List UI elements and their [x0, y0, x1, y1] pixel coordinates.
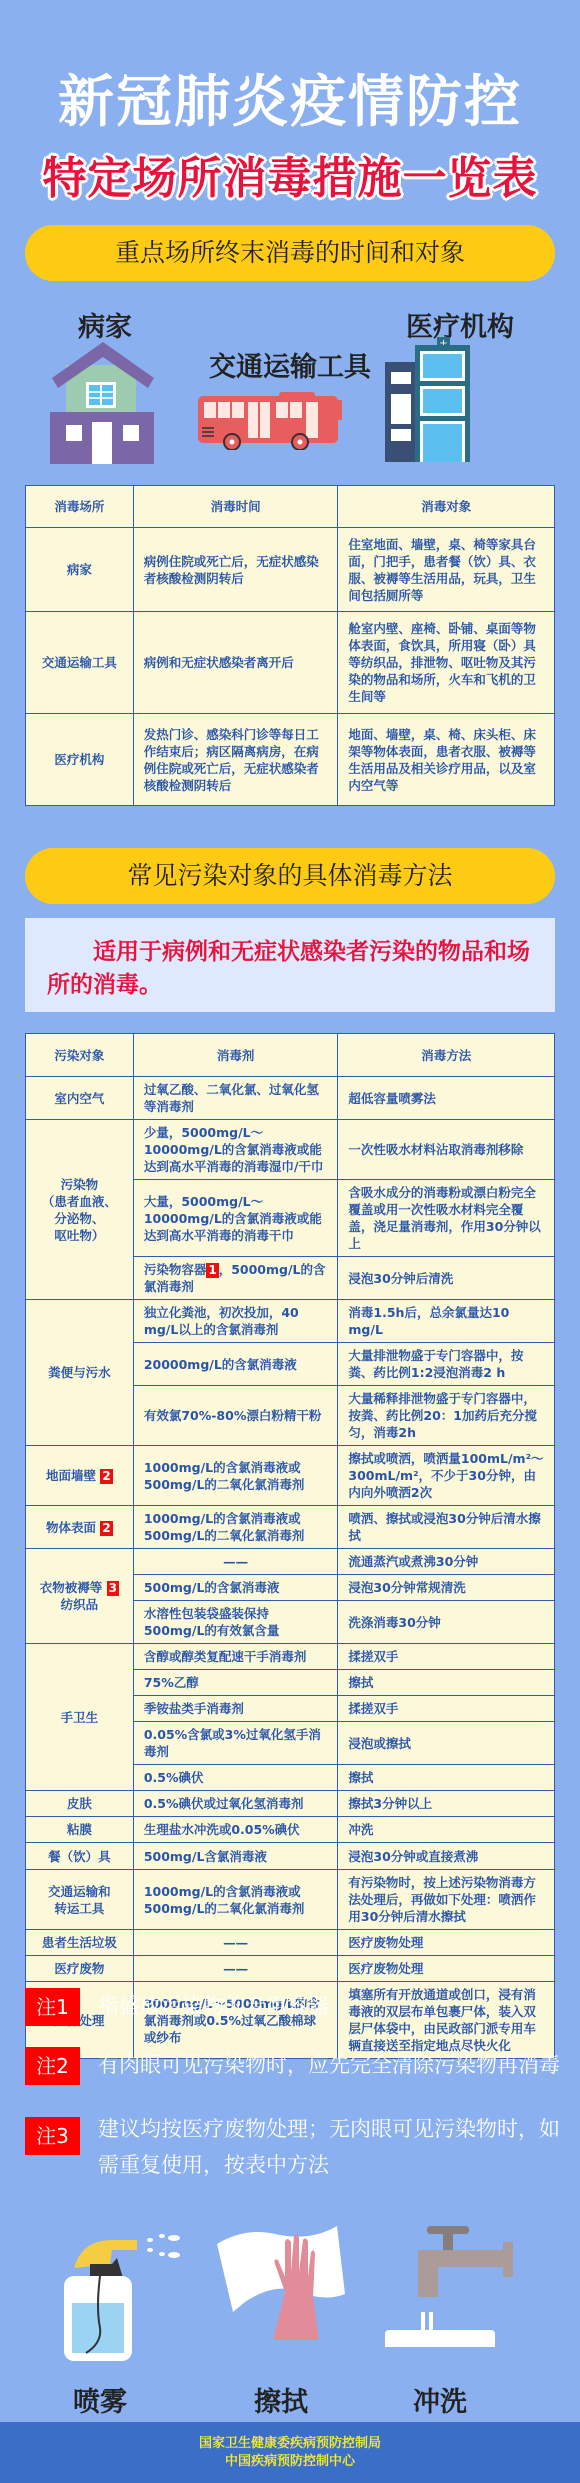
- note-marker-2: 2: [100, 1521, 112, 1536]
- note-tag: 注3: [25, 2117, 80, 2155]
- cell-agent: 75%乙醇: [133, 1670, 338, 1696]
- cell-agent: 少量，5000mg/L～10000mg/L的含氯消毒液或能达到高水平消毒的消毒湿…: [133, 1120, 338, 1180]
- object-text: 地面墙壁: [46, 1468, 96, 1483]
- note-text: 有肉眼可见污染物时，应先完全清除污染物再消毒: [98, 2047, 568, 2083]
- cell-method: 消毒1.5h后，总余氯量达10 mg/L: [338, 1300, 555, 1343]
- cell-agent: 生理盐水冲洗或0.05%碘伏: [133, 1817, 338, 1843]
- cell-method: 擦拭3分钟以上: [338, 1791, 555, 1817]
- table-header-row: 污染对象 消毒剂 消毒方法: [26, 1034, 555, 1077]
- method-label-spray: 喷雾: [55, 2380, 145, 2419]
- cell-object: 医疗废物: [26, 1956, 134, 1982]
- icon-label-transport: 交通运输工具: [195, 345, 385, 384]
- note-marker-2: 2: [100, 1469, 112, 1484]
- faucet-icon: [383, 2222, 513, 2347]
- table-row: 粘膜 生理盐水冲洗或0.05%碘伏 冲洗: [26, 1817, 555, 1843]
- cell-object: 餐（饮）具: [26, 1843, 134, 1870]
- cell-method: 超低容量喷雾法: [338, 1077, 555, 1120]
- table-row: 病家 病例住院或死亡后，无症状感染者核酸检测阴转后 住室地面、墙壁，桌、椅等家具…: [26, 528, 555, 612]
- cell-agent: 1000mg/L的含氯消毒液或500mg/L的二氧化氯消毒剂: [133, 1870, 338, 1930]
- cell-method: 揉搓双手: [338, 1696, 555, 1722]
- cell-method: 浸泡30分钟或直接煮沸: [338, 1843, 555, 1870]
- method-label-wipe: 擦拭: [236, 2380, 326, 2419]
- note-tag: 注1: [25, 1988, 80, 2026]
- table-row: 物体表面 2 1000mg/L的含氯消毒液或500mg/L的二氧化氯消毒剂 喷洒…: [26, 1506, 555, 1549]
- cell-objects: 舱室内壁、座椅、卧铺、桌面等物体表面，食饮具，所用寝（卧）具等纺织品，排泄物、呕…: [338, 612, 555, 714]
- method-label-rinse: 冲洗: [395, 2380, 485, 2419]
- cell-object: 地面墙壁 2: [26, 1446, 134, 1506]
- cell-method: 医疗废物处理: [338, 1930, 555, 1956]
- cell-time: 病例住院或死亡后，无症状感染者核酸检测阴转后: [133, 528, 338, 612]
- cell-object: 室内空气: [26, 1077, 134, 1120]
- object-text: 物体表面: [46, 1520, 96, 1535]
- spray-bottle-icon: [62, 2228, 192, 2363]
- cell-agent: 0.05%含氯或3%过氧化氢手消毒剂: [133, 1722, 338, 1765]
- table-row: 医疗机构 发热门诊、感染科门诊等每日工作结束后；病区隔离病房，在病例住院或死亡后…: [26, 714, 555, 806]
- table-row: 皮肤 0.5%碘伏或过氧化氢消毒剂 擦拭3分钟以上: [26, 1791, 555, 1817]
- infographic-page: 新冠肺炎疫情防控 特定场所消毒措施一览表 重点场所终末消毒的时间和对象 病家 交…: [0, 0, 580, 2483]
- cell-object: 皮肤: [26, 1791, 134, 1817]
- cell-method: 喷洒、擦拭或浸泡30分钟后清水擦拭: [338, 1506, 555, 1549]
- table-row: 地面墙壁 2 1000mg/L的含氯消毒液或500mg/L的二氧化氯消毒剂 擦拭…: [26, 1446, 555, 1506]
- cell-method: 擦拭: [338, 1765, 555, 1791]
- object-text: 纺织品: [61, 1597, 99, 1612]
- cell-time: 发热门诊、感染科门诊等每日工作结束后；病区隔离病房，在病例住院或死亡后，无症状感…: [133, 714, 338, 806]
- table-row: 污染物 （患者血液、 分泌物、 呕吐物） 少量，5000mg/L～10000mg…: [26, 1120, 555, 1180]
- table-header-row: 消毒场所 消毒时间 消毒对象: [26, 486, 555, 528]
- cell-object: 患者生活垃圾: [26, 1930, 134, 1956]
- note-text: 建议均按医疗废物处理；无肉眼可见污染物时，如需重复使用，按表中方法: [98, 2111, 568, 2183]
- header-object: 污染对象: [26, 1034, 134, 1077]
- cell-time: 病例和无症状感染者离开后: [133, 612, 338, 714]
- object-text: 衣物被褥等: [40, 1580, 103, 1595]
- scope-note: 适用于病例和无症状感染者污染的物品和场所的消毒。: [25, 918, 555, 1012]
- cell-method: 洗涤消毒30分钟: [338, 1601, 555, 1644]
- table-row: 医疗废物 —— 医疗废物处理: [26, 1956, 555, 1982]
- header-objects: 消毒对象: [338, 486, 555, 528]
- header-place: 消毒场所: [26, 486, 134, 528]
- agent-text: 污染物容器: [144, 1262, 207, 1277]
- main-title: 新冠肺炎疫情防控: [0, 58, 580, 138]
- cell-agent: 含醇或醇类复配速干手消毒剂: [133, 1644, 338, 1670]
- cell-agent: ——: [133, 1930, 338, 1956]
- cell-agent: 500mg/L含氯消毒液: [133, 1843, 338, 1870]
- cell-method: 浸泡30分钟后清洗: [338, 1257, 555, 1300]
- cell-method: 一次性吸水材料沾取消毒剂移除: [338, 1120, 555, 1180]
- cell-place: 交通运输工具: [26, 612, 134, 714]
- footer: 国家卫生健康委疾病预防控制局 中国疾病预防控制中心: [0, 2422, 580, 2483]
- header-agent: 消毒剂: [133, 1034, 338, 1077]
- cell-agent: 1000mg/L的含氯消毒液或500mg/L的二氧化氯消毒剂: [133, 1446, 338, 1506]
- cell-agent: ——: [133, 1956, 338, 1982]
- table-row: 患者生活垃圾 —— 医疗废物处理: [26, 1930, 555, 1956]
- table-row: 手卫生 含醇或醇类复配速干手消毒剂 揉搓双手: [26, 1644, 555, 1670]
- footer-org-2: 中国疾病预防控制中心: [0, 2453, 580, 2471]
- table-row: 交通运输工具 病例和无症状感染者离开后 舱室内壁、座椅、卧铺、桌面等物体表面，食…: [26, 612, 555, 714]
- table-row: 粪便与污水 独立化粪池，初次投加，40 mg/L以上的含氯消毒剂 消毒1.5h后…: [26, 1300, 555, 1343]
- cell-agent: 1000mg/L的含氯消毒液或500mg/L的二氧化氯消毒剂: [133, 1506, 338, 1549]
- cell-agent: 独立化粪池，初次投加，40 mg/L以上的含氯消毒剂: [133, 1300, 338, 1343]
- cell-objects: 住室地面、墙壁，桌、椅等家具台面，门把手，患者餐（饮）具、衣服、被褥等生活用品，…: [338, 528, 555, 612]
- section2-heading: 常见污染对象的具体消毒方法: [25, 848, 555, 904]
- cell-agent: 0.5%碘伏或过氧化氢消毒剂: [133, 1791, 338, 1817]
- cell-place: 医疗机构: [26, 714, 134, 806]
- cell-object: 粘膜: [26, 1817, 134, 1843]
- cell-method: 冲洗: [338, 1817, 555, 1843]
- note-marker-3: 3: [107, 1581, 119, 1596]
- cell-agent: 污染物容器1，5000mg/L的含氯消毒剂: [133, 1257, 338, 1300]
- cell-object: 衣物被褥等 3纺织品: [26, 1549, 134, 1644]
- cell-agent: ——: [133, 1549, 338, 1575]
- cell-agent: 季铵盐类手消毒剂: [133, 1696, 338, 1722]
- cell-object: 物体表面 2: [26, 1506, 134, 1549]
- cell-object: 粪便与污水: [26, 1300, 134, 1446]
- glove-wipe-icon: [215, 2222, 345, 2347]
- cell-agent: 20000mg/L的含氯消毒液: [133, 1343, 338, 1386]
- cell-method: 浸泡或擦拭: [338, 1722, 555, 1765]
- cell-method: 大量排泄物盛于专门容器中，按粪、药比例1:2浸泡消毒2 h: [338, 1343, 555, 1386]
- cell-method: 擦拭: [338, 1670, 555, 1696]
- cell-method: 有污染物时，按上述污染物消毒方法处理后，再做如下处理：喷洒作用30分钟后清水擦拭: [338, 1870, 555, 1930]
- cell-method: 流通蒸汽或煮沸30分钟: [338, 1549, 555, 1575]
- table-row: 餐（饮）具 500mg/L含氯消毒液 浸泡30分钟或直接煮沸: [26, 1843, 555, 1870]
- footer-org-1: 国家卫生健康委疾病预防控制局: [0, 2435, 580, 2453]
- header-time: 消毒时间: [133, 486, 338, 528]
- note-text: 指盛放污染物的专用容器: [98, 1988, 568, 2024]
- cell-object: 交通运输和 转运工具: [26, 1870, 134, 1930]
- header-method: 消毒方法: [338, 1034, 555, 1077]
- cell-method: 大量稀释排泄物盛于专门容器中，按粪、药比例20：1加药后充分搅匀，消毒2h: [338, 1386, 555, 1446]
- icon-label-home: 病家: [55, 305, 155, 344]
- table-row: 衣物被褥等 3纺织品 —— 流通蒸汽或煮沸30分钟: [26, 1549, 555, 1575]
- cell-method: 含吸水成分的消毒粉或漂白粉完全覆盖或用一次性吸水材料完全覆盖，浇足量消毒剂，作用…: [338, 1180, 555, 1257]
- cell-agent: 0.5%碘伏: [133, 1765, 338, 1791]
- disinfection-methods-table: 污染对象 消毒剂 消毒方法 室内空气 过氧乙酸、二氧化氯、过氧化氢等消毒剂 超低…: [25, 1033, 555, 2059]
- house-icon: [48, 340, 158, 465]
- table-row: 交通运输和 转运工具 1000mg/L的含氯消毒液或500mg/L的二氧化氯消毒…: [26, 1870, 555, 1930]
- hospital-icon: +: [385, 337, 480, 462]
- note-tag: 注2: [25, 2047, 80, 2085]
- cell-object: 手卫生: [26, 1644, 134, 1791]
- cell-agent: 500mg/L的含氯消毒液: [133, 1575, 338, 1601]
- cell-agent: 大量，5000mg/L～10000mg/L的含氯消毒液或能达到高水平消毒的消毒干…: [133, 1180, 338, 1257]
- cell-method: 揉搓双手: [338, 1644, 555, 1670]
- cell-agent: 水溶性包装袋盛装保持500mg/L的有效氯含量: [133, 1601, 338, 1644]
- cell-agent: 过氧乙酸、二氧化氯、过氧化氢等消毒剂: [133, 1077, 338, 1120]
- cell-method: 擦拭或喷洒，喷洒量100mL/m²～300mL/m²，不少于30分钟，由内向外喷…: [338, 1446, 555, 1506]
- terminal-disinfection-table: 消毒场所 消毒时间 消毒对象 病家 病例住院或死亡后，无症状感染者核酸检测阴转后…: [25, 485, 555, 806]
- cell-objects: 地面、墙壁，桌、椅、床头柜、床架等物体表面，患者衣服、被褥等生活用品及相关诊疗用…: [338, 714, 555, 806]
- table-row: 室内空气 过氧乙酸、二氧化氯、过氧化氢等消毒剂 超低容量喷雾法: [26, 1077, 555, 1120]
- cell-agent: 有效氯70%-80%漂白粉精干粉: [133, 1386, 338, 1446]
- bus-icon: [196, 390, 346, 450]
- sub-title: 特定场所消毒措施一览表: [0, 142, 580, 206]
- cell-method: 医疗废物处理: [338, 1956, 555, 1982]
- cell-object: 污染物 （患者血液、 分泌物、 呕吐物）: [26, 1120, 134, 1300]
- section1-heading: 重点场所终末消毒的时间和对象: [25, 225, 555, 281]
- cell-place: 病家: [26, 528, 134, 612]
- cell-method: 浸泡30分钟常规清洗: [338, 1575, 555, 1601]
- note-marker-1: 1: [206, 1263, 218, 1278]
